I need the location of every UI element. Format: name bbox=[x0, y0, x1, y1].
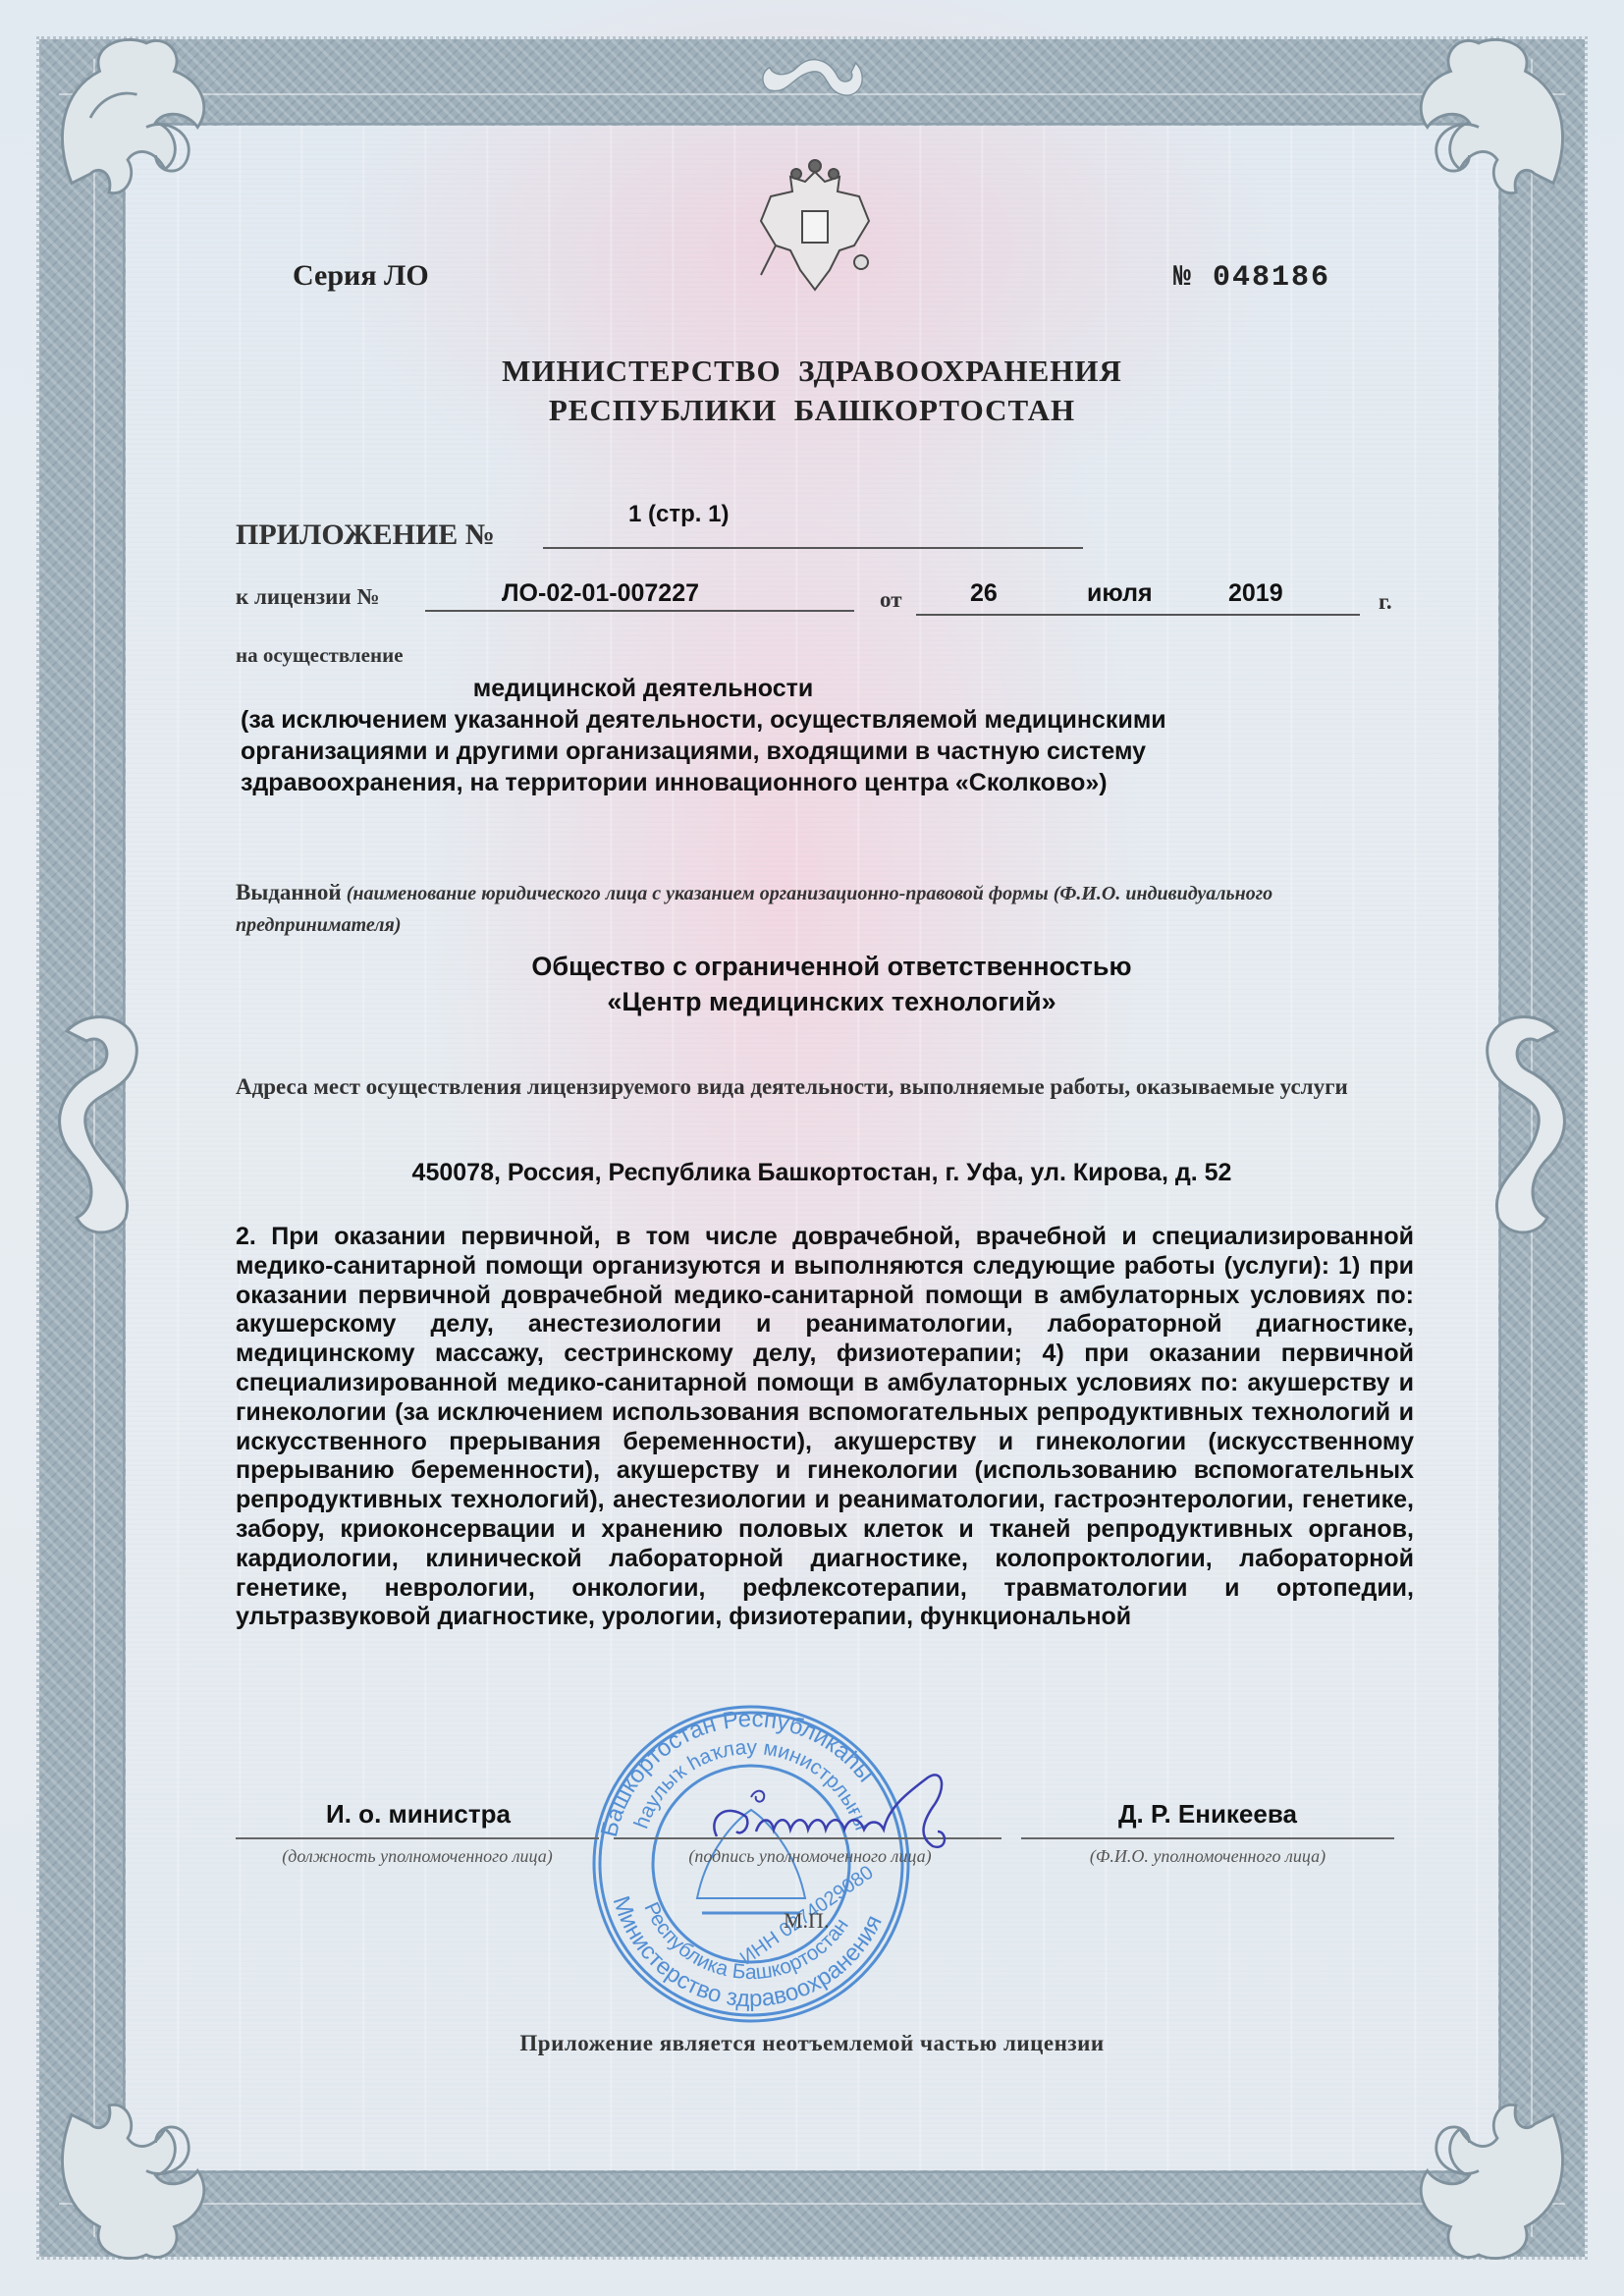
position-underline bbox=[236, 1837, 599, 1839]
issued-to-label: Выданной (наименование юридического лица… bbox=[236, 877, 1419, 941]
footer-note: Приложение является неотъемлемой частью … bbox=[0, 2031, 1624, 2056]
license-day: 26 bbox=[970, 579, 998, 608]
name-underline bbox=[1021, 1837, 1394, 1839]
scroll-ornament-icon bbox=[1469, 992, 1587, 1247]
issuing-authority: МИНИСТЕРСТВО ЗДРАВООХРАНЕНИЯ РЕСПУБЛИКИ … bbox=[0, 352, 1624, 430]
acanthus-corner-icon bbox=[34, 25, 221, 211]
appendix-number: 1 (стр. 1) bbox=[628, 501, 729, 528]
appendix-label: ПРИЛОЖЕНИЕ № bbox=[236, 519, 495, 552]
org-line-2: «Центр медицинских технологий» bbox=[39, 984, 1624, 1019]
activity-address: 450078, Россия, Республика Башкортостан,… bbox=[0, 1159, 1624, 1187]
license-number: ЛО-02-01-007227 bbox=[502, 579, 699, 608]
addresses-label: Адреса мест осуществления лицензируемого… bbox=[236, 1070, 1419, 1104]
appendix-underline bbox=[543, 547, 1083, 549]
date-underline bbox=[916, 614, 1360, 616]
issued-label: Выданной bbox=[236, 880, 342, 904]
acanthus-corner-icon bbox=[1404, 25, 1591, 211]
date-from-label: от bbox=[880, 587, 902, 613]
activity-description: (за исключением указанной деятельности, … bbox=[241, 704, 1321, 798]
organization-name: Общество с ограниченной ответственностью… bbox=[0, 949, 1624, 1019]
frame-line bbox=[59, 2203, 1565, 2205]
activity-for-label: на осуществление bbox=[236, 643, 404, 668]
scroll-ornament-icon bbox=[756, 18, 874, 136]
license-month: июля bbox=[1087, 579, 1153, 608]
scroll-ornament-icon bbox=[37, 992, 155, 1247]
acanthus-corner-icon bbox=[1404, 2087, 1591, 2273]
ministry-line-1: МИНИСТЕРСТВО ЗДРАВООХРАНЕНИЯ bbox=[0, 352, 1624, 391]
russian-coat-of-arms-icon bbox=[731, 152, 898, 300]
services-list: 2. При оказании первичной, в том числе д… bbox=[236, 1223, 1414, 1632]
acanthus-corner-icon bbox=[34, 2087, 221, 2273]
year-suffix: г. bbox=[1379, 589, 1392, 615]
license-label: к лицензии № bbox=[236, 584, 379, 610]
issued-hint: (наименование юридического лица с указан… bbox=[236, 883, 1272, 936]
license-year: 2019 bbox=[1228, 579, 1283, 608]
seal-placeholder-label: М.П. bbox=[784, 1908, 829, 1934]
name-caption: (Ф.И.О. уполномоченного лица) bbox=[1021, 1846, 1394, 1867]
document-number: № 048186 bbox=[1173, 261, 1330, 295]
licensed-activity: медицинской деятельности (за исключением… bbox=[241, 673, 1321, 798]
activity-title: медицинской деятельности bbox=[241, 673, 997, 704]
signatory-position: И. о. министра bbox=[236, 1799, 601, 1830]
org-line-1: Общество с ограниченной ответственностью bbox=[39, 949, 1624, 984]
series-label: Серия ЛО bbox=[293, 259, 429, 293]
signatory-name: Д. Р. Еникеева bbox=[1021, 1799, 1394, 1830]
position-caption: (должность уполномоченного лица) bbox=[226, 1846, 609, 1867]
handwritten-signature-icon bbox=[697, 1763, 972, 1861]
license-underline bbox=[425, 610, 854, 612]
ministry-line-2: РЕСПУБЛИКИ БАШКОРТОСТАН bbox=[0, 391, 1624, 430]
